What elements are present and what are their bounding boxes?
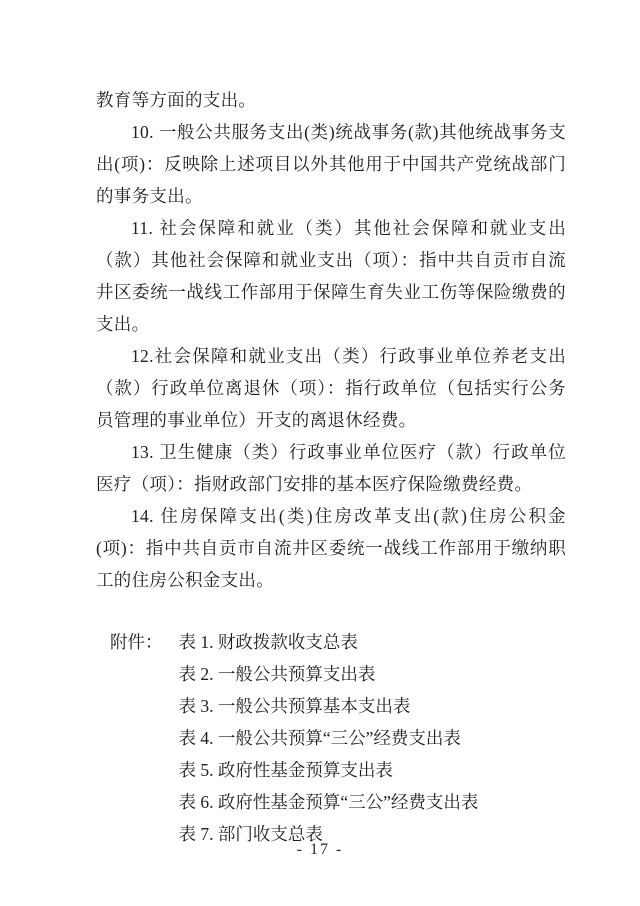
attachment-item-table1: 表 1. 财政拨款收支总表	[179, 626, 479, 658]
attachments-section: 附件： 表 1. 财政拨款收支总表 表 2. 一般公共预算支出表 表 3. 一般…	[96, 626, 566, 850]
paragraph-item-10: 10. 一般公共服务支出(类)统战事务(款)其他统战事务支出(项)：反映除上述项…	[96, 116, 566, 212]
page-number: - 17 -	[0, 841, 640, 859]
attachment-item-table4: 表 4. 一般公共预算“三公”经费支出表	[179, 722, 479, 754]
paragraph-continuation: 教育等方面的支出。	[96, 84, 566, 116]
attachment-item-table3: 表 3. 一般公共预算基本支出表	[179, 690, 479, 722]
paragraph-item-12: 12.社会保障和就业支出（类）行政事业单位养老支出（款）行政单位离退休（项）：指…	[96, 340, 566, 436]
body-text: 教育等方面的支出。 10. 一般公共服务支出(类)统战事务(款)其他统战事务支出…	[96, 84, 566, 850]
attachment-item-table2: 表 2. 一般公共预算支出表	[179, 658, 479, 690]
attachment-item-table6: 表 6. 政府性基金预算“三公”经费支出表	[179, 786, 479, 818]
attachments-list: 表 1. 财政拨款收支总表 表 2. 一般公共预算支出表 表 3. 一般公共预算…	[179, 626, 479, 850]
document-page: 教育等方面的支出。 10. 一般公共服务支出(类)统战事务(款)其他统战事务支出…	[0, 0, 640, 906]
paragraph-item-14: 14. 住房保障支出(类)住房改革支出(款)住房公积金(项)：指中共自贡市自流井…	[96, 500, 566, 596]
attachments-label: 附件：	[110, 626, 163, 658]
attachment-item-table5: 表 5. 政府性基金预算支出表	[179, 754, 479, 786]
paragraph-item-13: 13. 卫生健康（类）行政事业单位医疗（款）行政单位医疗（项）：指财政部门安排的…	[96, 436, 566, 500]
paragraph-item-11: 11. 社会保障和就业（类）其他社会保障和就业支出（款）其他社会保障和就业支出（…	[96, 212, 566, 340]
